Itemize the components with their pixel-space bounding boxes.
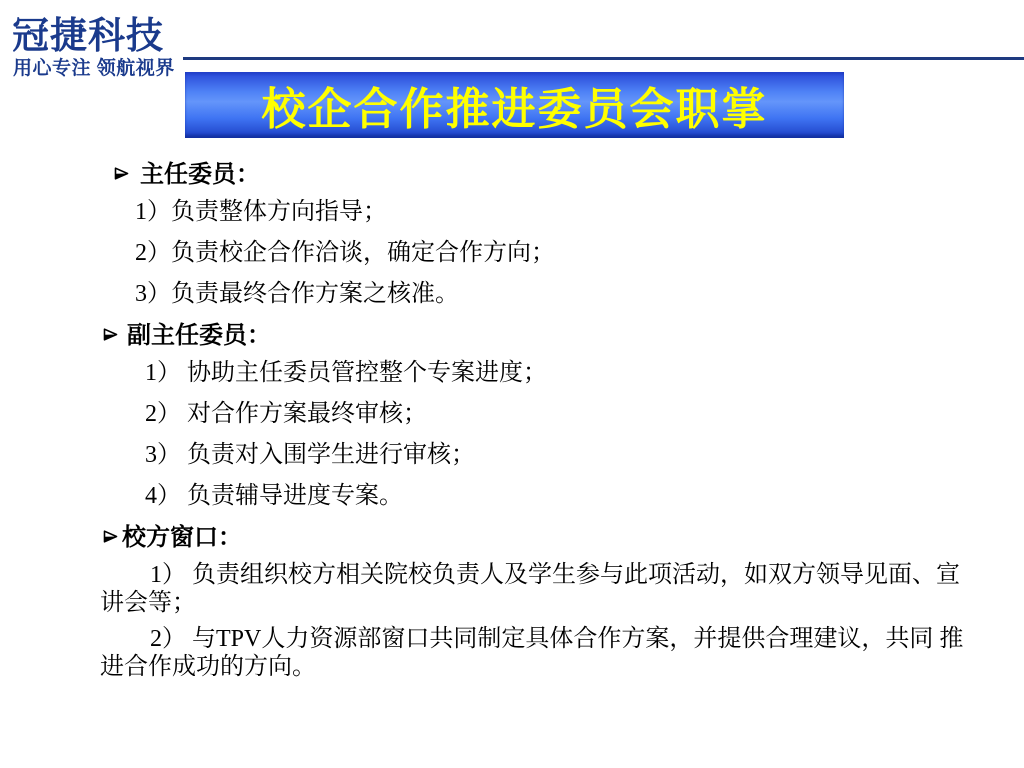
list-item: 3） 负责对入围学生进行审核； — [0, 441, 1024, 469]
slide-body: 主任委员：1）负责整体方向指导；2）负责校企合作洽谈，确定合作方向；3）负责最终… — [0, 160, 1024, 689]
item-line: 1） 协助主任委员管控整个专案进度； — [0, 359, 1024, 387]
item-line: 3）负责最终合作方案之核准。 — [0, 280, 1024, 308]
slide: 冠捷科技 用心专注 领航视界 校企合作推进委员会职掌 主任委员：1）负责整体方向… — [0, 0, 1024, 768]
company-tagline: 用心专注 领航视界 — [13, 58, 175, 80]
list-item: 1） 协助主任委员管控整个专案进度； — [0, 359, 1024, 387]
section-heading-label: 校方窗口： — [122, 523, 242, 553]
item-line: 讲会等； — [0, 589, 1024, 617]
company-logo: 冠捷科技 — [12, 15, 164, 57]
list-item: 2） 对合作方案最终审核； — [0, 400, 1024, 428]
item-line: 2） 对合作方案最终审核； — [0, 400, 1024, 428]
item-line: 4） 负责辅导进度专案。 — [0, 482, 1024, 510]
list-item: 2）负责校企合作洽谈，确定合作方向； — [0, 239, 1024, 267]
section-heading-label: 副主任委员： — [127, 321, 271, 351]
slide-title-bar: 校企合作推进委员会职掌 — [185, 72, 844, 138]
item-line: 进合作成功的方向。 — [0, 653, 1024, 681]
section-heading: 校方窗口： — [0, 523, 1024, 553]
list-item: 1） 负责组织校方相关院校负责人及学生参与此项活动，如双方领导见面、宣讲会等； — [0, 561, 1024, 617]
item-line: 1）负责整体方向指导； — [0, 198, 1024, 226]
item-line: 1） 负责组织校方相关院校负责人及学生参与此项活动，如双方领导见面、宣 — [0, 561, 1024, 589]
section-2: 校方窗口：1） 负责组织校方相关院校负责人及学生参与此项活动，如双方领导见面、宣… — [0, 523, 1024, 681]
item-line: 3） 负责对入围学生进行审核； — [0, 441, 1024, 469]
section-heading: 副主任委员： — [0, 321, 1024, 351]
list-item: 1）负责整体方向指导； — [0, 198, 1024, 226]
arrowhead-right-icon — [102, 321, 119, 351]
section-1: 副主任委员：1） 协助主任委员管控整个专案进度；2） 对合作方案最终审核；3） … — [0, 321, 1024, 510]
section-0: 主任委员：1）负责整体方向指导；2）负责校企合作洽谈，确定合作方向；3）负责最终… — [0, 160, 1024, 308]
list-item: 2） 与TPV人力资源部窗口共同制定具体合作方案，并提供合理建议，共同 推进合作… — [0, 625, 1024, 681]
section-heading: 主任委员： — [0, 160, 1024, 190]
arrowhead-right-icon — [113, 160, 130, 190]
slide-title: 校企合作推进委员会职掌 — [262, 73, 768, 137]
item-line: 2）负责校企合作洽谈，确定合作方向； — [0, 239, 1024, 267]
item-line: 2） 与TPV人力资源部窗口共同制定具体合作方案，并提供合理建议，共同 推 — [0, 625, 1024, 653]
list-item: 4） 负责辅导进度专案。 — [0, 482, 1024, 510]
section-heading-label: 主任委员： — [140, 160, 260, 190]
list-item: 3）负责最终合作方案之核准。 — [0, 280, 1024, 308]
arrowhead-right-icon — [102, 523, 119, 553]
header-divider-line — [183, 57, 1024, 60]
